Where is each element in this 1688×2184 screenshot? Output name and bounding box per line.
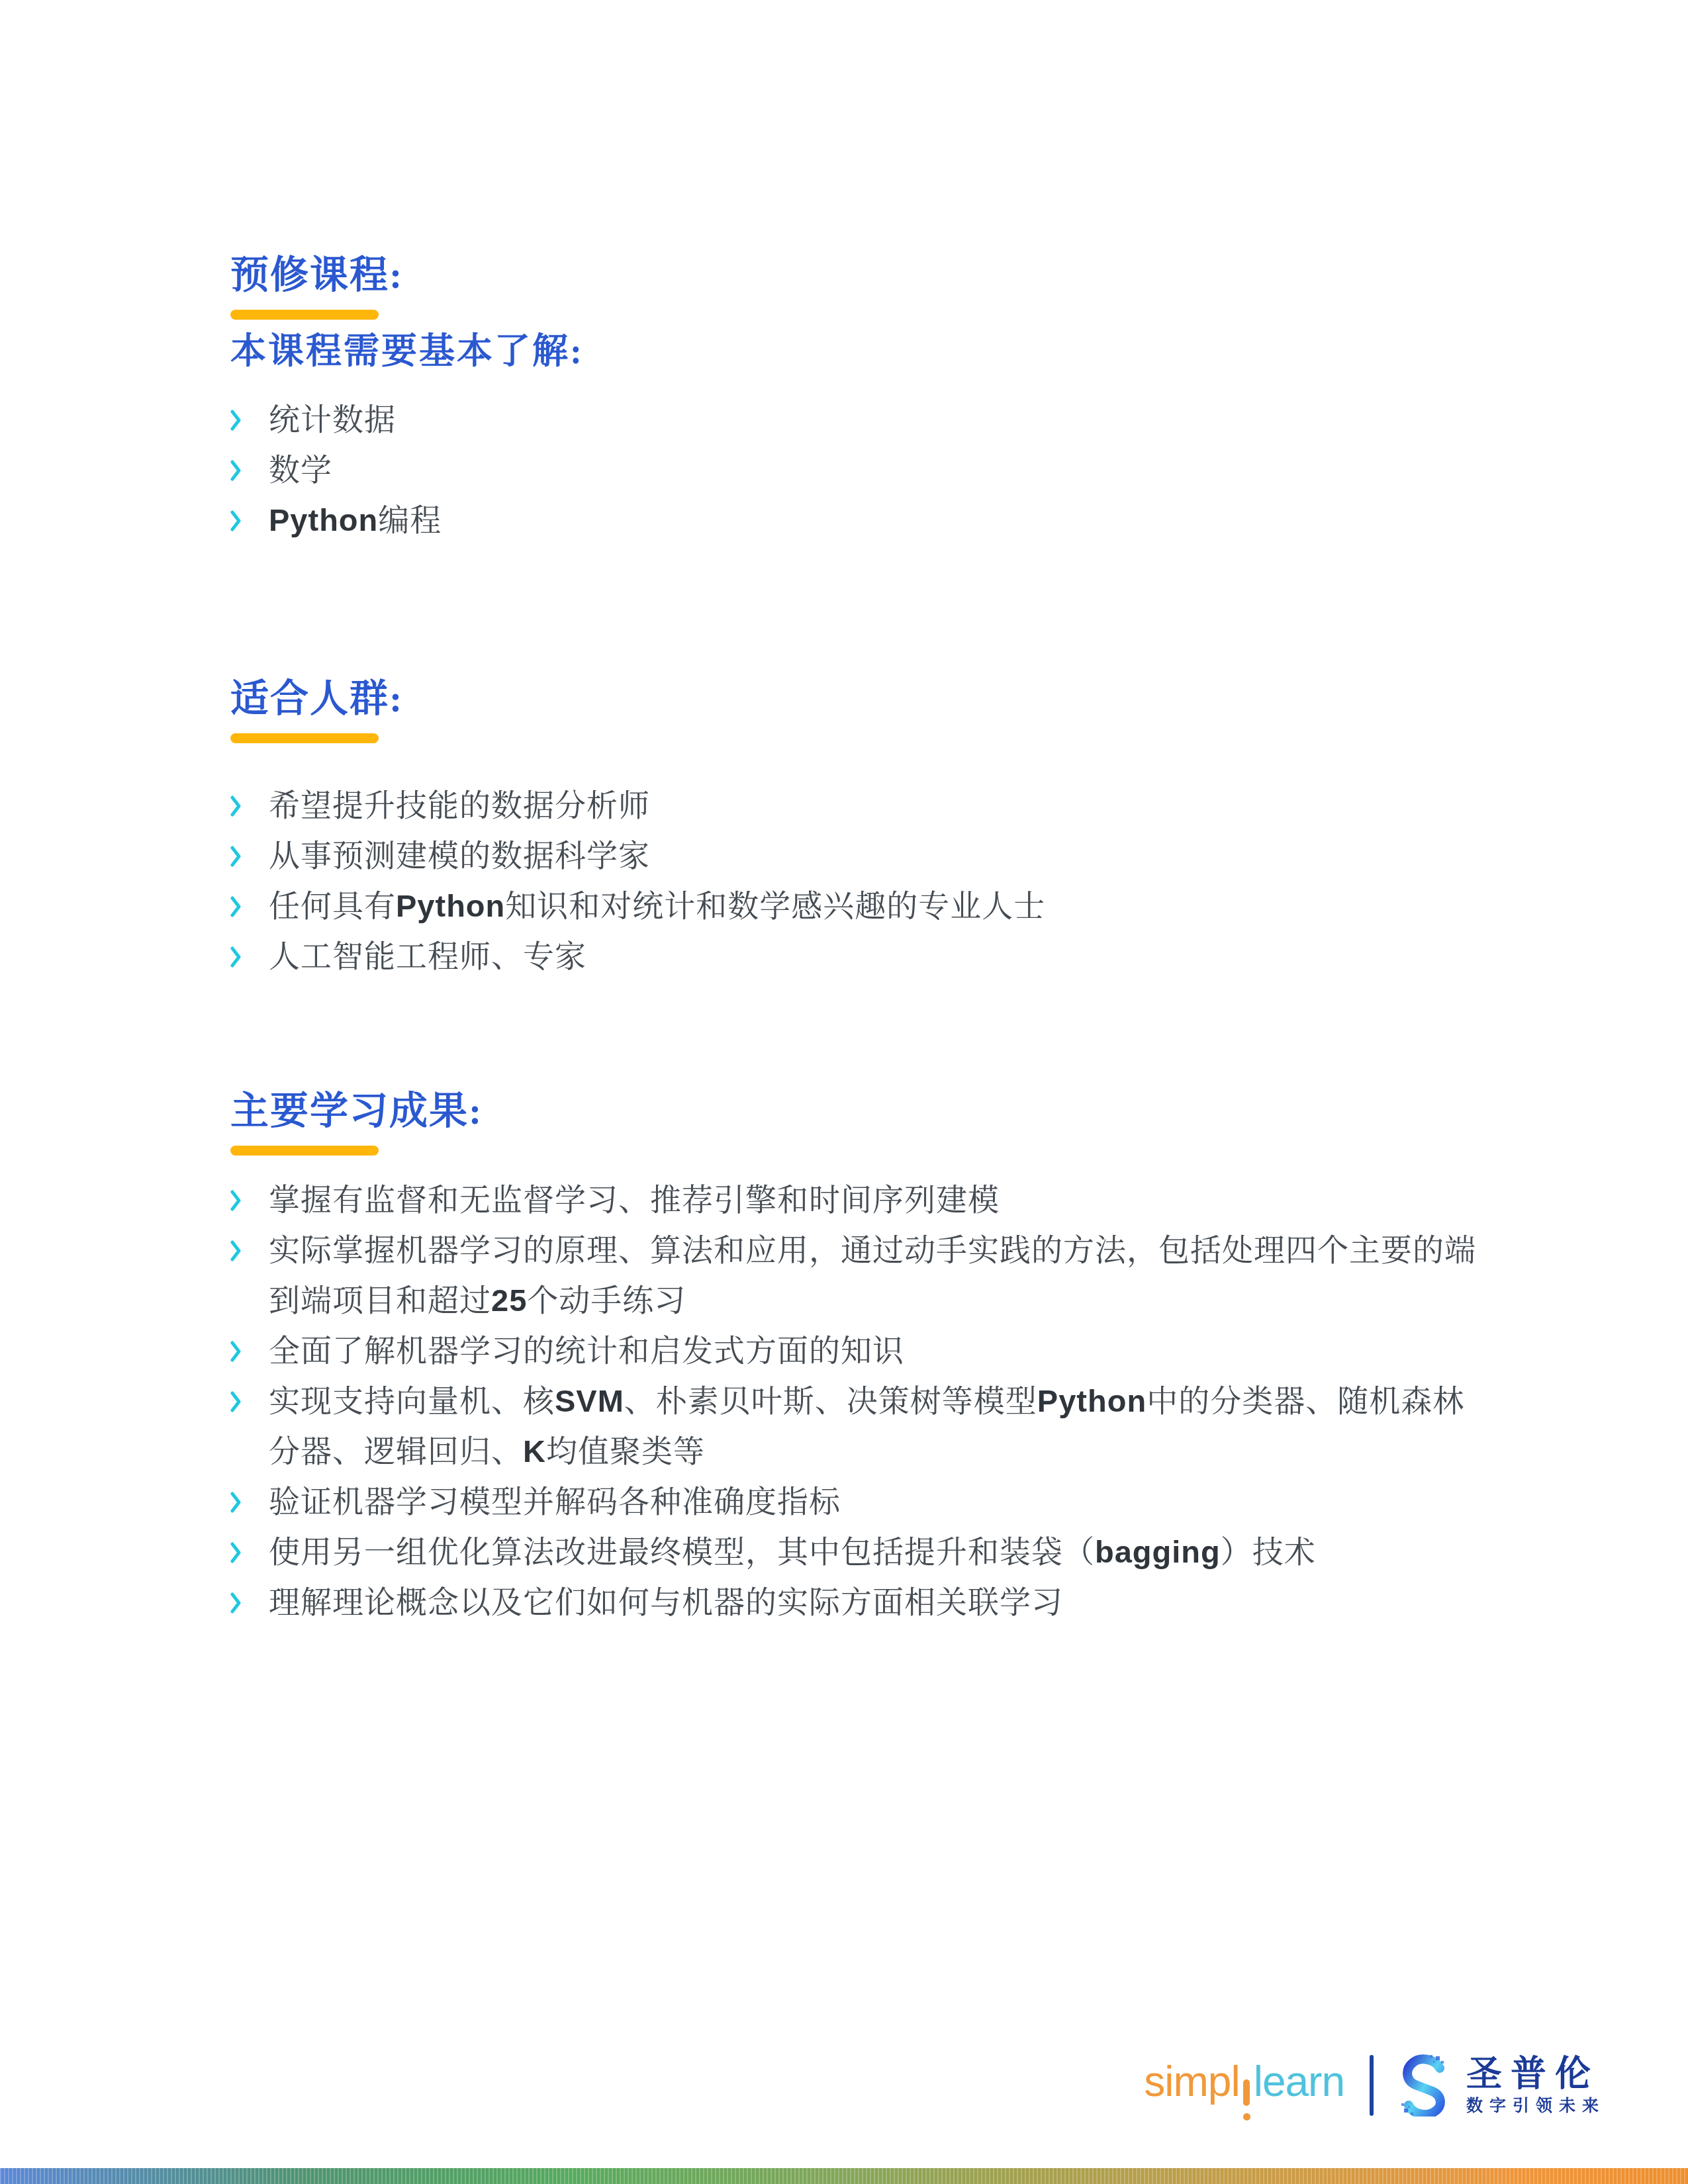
list-item: 任何具有Python知识和对统计和数学感兴趣的专业人士 [230, 881, 1515, 931]
section-prerequisites: 预修课程: 本课程需要基本了解: 统计数据数学Python编程 [230, 255, 1515, 545]
simplilearn-i-icon [1243, 2079, 1250, 2120]
list-item-text: 全面了解机器学习的统计和启发式方面的知识 [269, 1326, 904, 1376]
footer-divider [1370, 2055, 1374, 2116]
title-underline [230, 310, 379, 320]
list-item: 数学 [230, 445, 1515, 495]
audience-list: 希望提升技能的数据分析师从事预测建模的数据科学家任何具有Python知识和对统计… [230, 780, 1515, 981]
list-item: 验证机器学习模型并解码各种准确度指标 [230, 1477, 1515, 1527]
title-underline [230, 1146, 379, 1156]
list-item-text: 实际掌握机器学习的原理、算法和应用，通过动手实践的方法，包括处理四个主要的端到端… [269, 1225, 1480, 1326]
outcomes-list: 掌握有监督和无监督学习、推荐引擎和时间序列建模实际掌握机器学习的原理、算法和应用… [230, 1175, 1515, 1627]
list-item: 统计数据 [230, 394, 1515, 445]
chevron-bullet-icon [230, 1376, 269, 1412]
chevron-bullet-icon [230, 881, 269, 917]
chevron-bullet-icon [230, 394, 269, 431]
chevron-bullet-icon [230, 445, 269, 481]
list-item: 从事预测建模的数据科学家 [230, 831, 1515, 881]
list-item-text: 统计数据 [269, 394, 396, 445]
list-item-text: 实现支持向量机、核SVM、朴素贝叶斯、决策树等模型Python中的分类器、随机森… [269, 1376, 1480, 1477]
bottom-gradient-bar [0, 2168, 1688, 2184]
shengpulun-logo: 圣普伦 数字引领未来 [1466, 2056, 1605, 2115]
list-item-text: 人工智能工程师、专家 [269, 931, 586, 981]
chevron-bullet-icon [230, 495, 269, 531]
shengpulun-tagline: 数字引领未来 [1466, 2098, 1605, 2115]
chevron-bullet-icon [230, 1175, 269, 1211]
section-learning-outcomes: 主要学习成果: 掌握有监督和无监督学习、推荐引擎和时间序列建模实际掌握机器学习的… [230, 1091, 1515, 1627]
chevron-bullet-icon [230, 1326, 269, 1362]
prerequisites-list: 统计数据数学Python编程 [230, 394, 1515, 545]
footer-brand-area: simpl learn [1144, 2053, 1605, 2118]
title-underline [230, 733, 379, 743]
list-item: Python编程 [230, 495, 1515, 545]
list-item-text: 数学 [269, 445, 332, 495]
list-item: 理解理论概念以及它们如何与机器的实际方面相关联学习 [230, 1577, 1515, 1627]
list-item-text: 理解理论概念以及它们如何与机器的实际方面相关联学习 [269, 1577, 1063, 1627]
list-item-text: 希望提升技能的数据分析师 [269, 780, 650, 831]
chevron-bullet-icon [230, 831, 269, 867]
list-item-text: 使用另一组优化算法改进最终模型，其中包括提升和装袋（bagging）技术 [269, 1527, 1316, 1577]
chevron-bullet-icon [230, 780, 269, 817]
shengpulun-name: 圣普伦 [1466, 2056, 1599, 2093]
simplilearn-logo: simpl learn [1144, 2060, 1344, 2111]
section-title: 适合人群: [230, 678, 1515, 719]
list-item: 实现支持向量机、核SVM、朴素贝叶斯、决策树等模型Python中的分类器、随机森… [230, 1376, 1515, 1477]
chevron-bullet-icon [230, 1225, 269, 1261]
list-item-text: 掌握有监督和无监督学习、推荐引擎和时间序列建模 [269, 1175, 1000, 1225]
simplilearn-logo-left: simpl [1144, 2060, 1239, 2103]
list-item-text: 从事预测建模的数据科学家 [269, 831, 650, 881]
section-audience: 适合人群: 希望提升技能的数据分析师从事预测建模的数据科学家任何具有Python… [230, 678, 1515, 981]
chevron-bullet-icon [230, 1577, 269, 1614]
chevron-bullet-icon [230, 931, 269, 968]
simplilearn-logo-right: learn [1254, 2060, 1344, 2103]
list-item: 人工智能工程师、专家 [230, 931, 1515, 981]
section-title: 主要学习成果: [230, 1091, 1515, 1132]
list-item: 使用另一组优化算法改进最终模型，其中包括提升和装袋（bagging）技术 [230, 1527, 1515, 1577]
section-intro: 本课程需要基本了解: [230, 332, 1515, 371]
list-item: 希望提升技能的数据分析师 [230, 780, 1515, 831]
list-item: 全面了解机器学习的统计和启发式方面的知识 [230, 1326, 1515, 1376]
chevron-bullet-icon [230, 1477, 269, 1513]
list-item: 掌握有监督和无监督学习、推荐引擎和时间序列建模 [230, 1175, 1515, 1225]
section-title: 预修课程: [230, 255, 1515, 296]
shengpulun-s-icon [1399, 2054, 1450, 2116]
chevron-bullet-icon [230, 1527, 269, 1563]
list-item: 实际掌握机器学习的原理、算法和应用，通过动手实践的方法，包括处理四个主要的端到端… [230, 1225, 1515, 1326]
brochure-page: 预修课程: 本课程需要基本了解: 统计数据数学Python编程 适合人群: 希望… [0, 0, 1688, 2184]
list-item-text: Python编程 [269, 495, 442, 545]
list-item-text: 任何具有Python知识和对统计和数学感兴趣的专业人士 [269, 881, 1045, 931]
list-item-text: 验证机器学习模型并解码各种准确度指标 [269, 1477, 841, 1527]
